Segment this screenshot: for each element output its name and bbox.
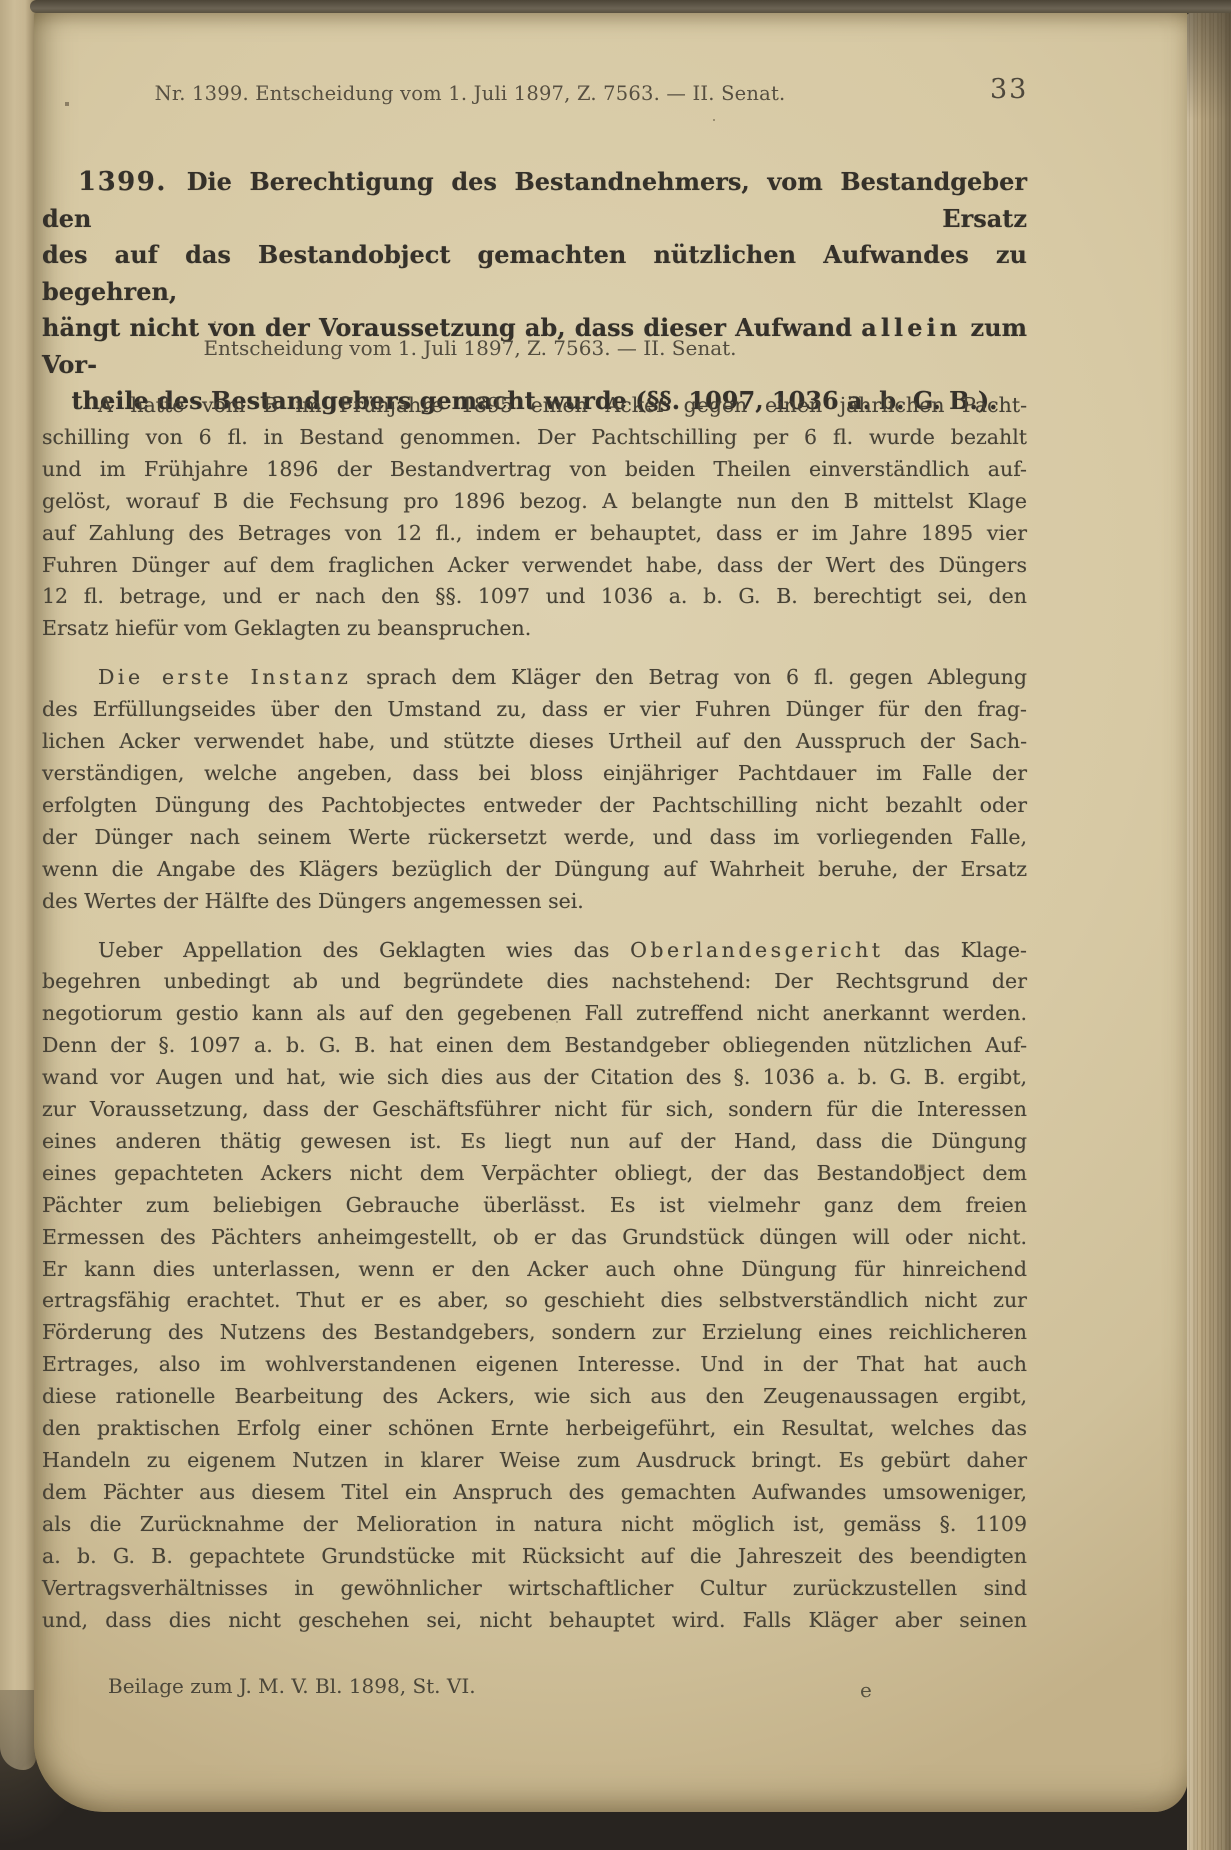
text-line: negotiorum gestio kann als auf den gegeb…	[42, 998, 1027, 1030]
text-line: schilling von 6 fl. in Bestand genommen.…	[42, 422, 1027, 454]
text-line: ertragsfähig erachtet. Thut er es aber, …	[42, 1285, 1027, 1317]
decision-subheading: Entscheidung vom 1. Juli 1897, Z. 7563. …	[42, 336, 898, 360]
text-line: Ersatz hiefür vom Geklagten zu beanspruc…	[42, 613, 1027, 645]
page-number: 33	[990, 74, 1060, 105]
text-line: den praktischen Erfolg einer schönen Ern…	[42, 1413, 1027, 1445]
text-line: wand vor Augen und hat, wie sich dies au…	[42, 1062, 1027, 1094]
text-line: und im Frühjahre 1896 der Bestandvertrag…	[42, 454, 1027, 486]
text-line: und, dass dies nicht geschehen sei, nich…	[42, 1605, 1027, 1637]
text-line: 12 fl. betrage, und er nach den §§. 1097…	[42, 581, 1027, 613]
text-line: Förderung des Nutzens des Bestandgebers,…	[42, 1317, 1027, 1349]
text-line: A hatte vom B im Frühjahre 1895 einen Ac…	[42, 390, 1027, 422]
text-line: Handeln zu eigenem Nutzen in klarer Weis…	[42, 1445, 1027, 1477]
text-line: der Dünger nach seinem Werte rückersetzt…	[42, 822, 1027, 854]
paragraph: Die erste Instanz sprach dem Kläger den …	[42, 662, 1027, 917]
footer-imprint: Beilage zum J. M. V. Bl. 1898, St. VI.	[108, 1674, 476, 1698]
text-line: erfolgten Düngung des Pachtobjectes entw…	[42, 790, 1027, 822]
letterspaced-text: Die erste Instanz	[98, 665, 351, 689]
text-line: des Erfüllungseides über den Umstand zu,…	[42, 694, 1027, 726]
book-page: Nr. 1399. Entscheidung vom 1. Juli 1897,…	[34, 12, 1188, 1812]
decision-heading: 1399. Die Berechtigung des Bestandnehmer…	[42, 164, 1027, 420]
text-line: wenn die Angabe des Klägers bezüglich de…	[42, 854, 1027, 886]
book-cover-top-edge	[30, 0, 1231, 13]
page-gutter	[0, 0, 36, 1770]
text-line: lichen Acker verwendet habe, und stützte…	[42, 726, 1027, 758]
text-line: eines gepachteten Ackers nicht dem Verpä…	[42, 1158, 1027, 1190]
paragraph: Ueber Appellation des Geklagten wies das…	[42, 935, 1027, 1637]
text-line: eines anderen thätig gewesen ist. Es lie…	[42, 1126, 1027, 1158]
text-line: diese rationelle Bearbeitung des Ackers,…	[42, 1381, 1027, 1413]
book-fore-edge	[1187, 10, 1231, 1850]
text-line: als die Zurücknahme der Melioration in n…	[42, 1509, 1027, 1541]
text-line: Er kann dies unterlassen, wenn er den Ac…	[42, 1254, 1027, 1286]
text-line: Die erste Instanz sprach dem Kläger den …	[42, 662, 1027, 694]
text-line: Pächter zum beliebigen Gebrauche überläs…	[42, 1190, 1027, 1222]
text-line: Ueber Appellation des Geklagten wies das…	[42, 935, 1027, 967]
text-line: verständigen, welche angeben, dass bei b…	[42, 758, 1027, 790]
text-line: zur Voraussetzung, dass der Geschäftsfüh…	[42, 1094, 1027, 1126]
letterspaced-text: Oberlandesgericht	[630, 938, 883, 962]
text-line: gelöst, worauf B die Fechsung pro 1896 b…	[42, 486, 1027, 518]
text-line: dem Pächter aus diesem Titel ein Anspruc…	[42, 1477, 1027, 1509]
text-line: Ertrages, also im wohlverstandenen eigen…	[42, 1349, 1027, 1381]
text-line: des Wertes der Hälfte des Düngers angeme…	[42, 886, 1027, 918]
heading-line: des auf das Bestandobject gemachten nütz…	[42, 237, 1027, 310]
book-scan: Nr. 1399. Entscheidung vom 1. Juli 1897,…	[0, 0, 1231, 1850]
text-line: Ermessen des Pächters anheimgestellt, ob…	[42, 1222, 1027, 1254]
decision-body: A hatte vom B im Frühjahre 1895 einen Ac…	[42, 390, 1027, 1636]
text-line: auf Zahlung des Betrages von 12 fl., ind…	[42, 518, 1027, 550]
running-header: Nr. 1399. Entscheidung vom 1. Juli 1897,…	[42, 82, 898, 105]
decision-number: 1399.	[78, 167, 187, 197]
page-text-block: Nr. 1399. Entscheidung vom 1. Juli 1897,…	[42, 12, 1027, 1812]
text-line: a. b. G. B. gepachtete Grundstücke mit R…	[42, 1541, 1027, 1573]
text-line: Vertragsverhältnisses in gewöhnlicher wi…	[42, 1573, 1027, 1605]
text-line: Fuhren Dünger auf dem fraglichen Acker v…	[42, 550, 1027, 582]
printer-signature-mark: e	[860, 1678, 872, 1702]
paragraph: A hatte vom B im Frühjahre 1895 einen Ac…	[42, 390, 1027, 645]
text-line: begehren unbedingt ab und begründete die…	[42, 966, 1027, 998]
heading-line: 1399. Die Berechtigung des Bestandnehmer…	[42, 164, 1027, 237]
text-line: Denn der §. 1097 a. b. G. B. hat einen d…	[42, 1030, 1027, 1062]
